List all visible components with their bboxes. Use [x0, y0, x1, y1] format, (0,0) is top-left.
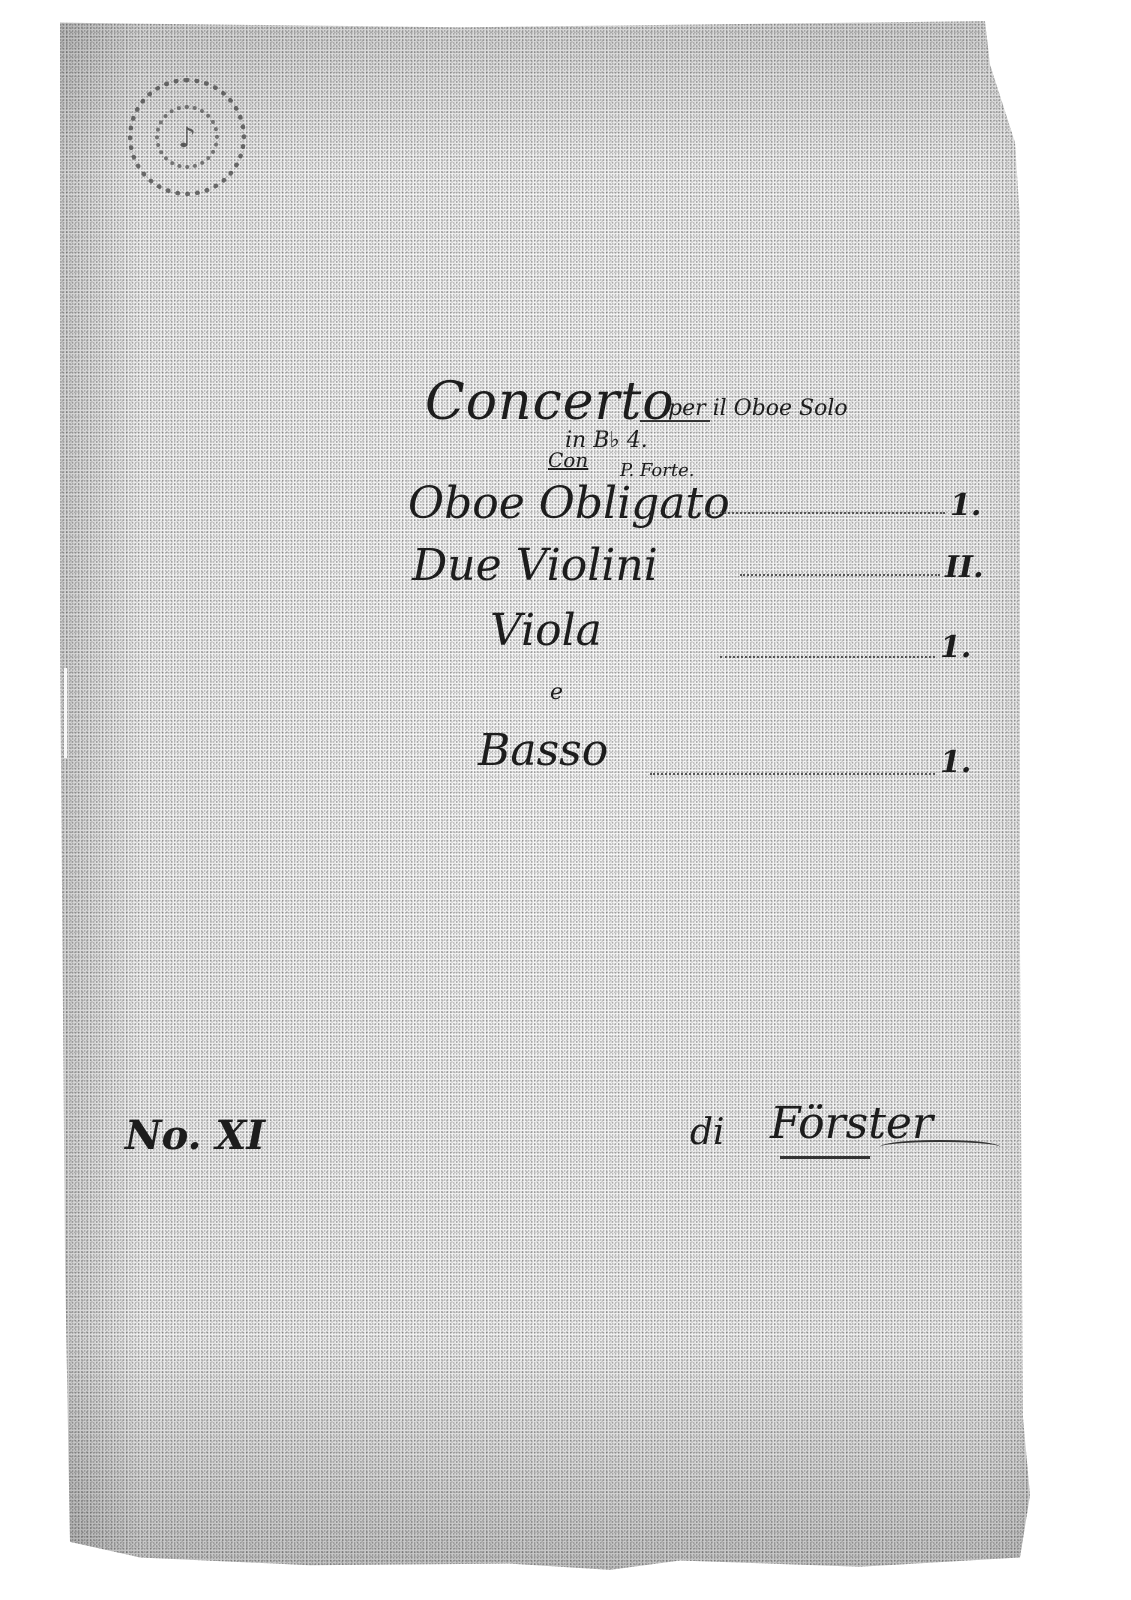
leader-line: [720, 656, 935, 658]
binding-mark: [64, 668, 67, 758]
leader-line: [650, 773, 935, 775]
attribution-prefix: di: [690, 1112, 725, 1153]
leader-line: [740, 574, 940, 576]
part-count: 1.: [940, 630, 971, 665]
part-count: 1.: [940, 745, 971, 780]
part-name: Basso: [478, 725, 608, 776]
part-name: Due Violini: [412, 540, 658, 591]
conjunction: e: [550, 680, 563, 705]
part-count: 1.: [950, 488, 981, 523]
part-name: Oboe Obligato: [408, 478, 730, 529]
library-stamp: ♪: [128, 78, 246, 196]
subtitle: per il Oboe Solo: [668, 396, 848, 421]
title: Concerto: [425, 372, 675, 432]
manuscript-page: [60, 18, 1060, 1573]
accompaniment-prefix: Con: [548, 448, 588, 472]
catalog-number: No. XI: [125, 1112, 265, 1159]
composer-flourish: [880, 1140, 1000, 1154]
library-stamp-icon: ♪: [155, 105, 219, 169]
part-name: Viola: [490, 605, 602, 656]
leader-line: [705, 512, 945, 514]
composer-underline: [780, 1156, 870, 1159]
part-count: II.: [945, 550, 984, 585]
